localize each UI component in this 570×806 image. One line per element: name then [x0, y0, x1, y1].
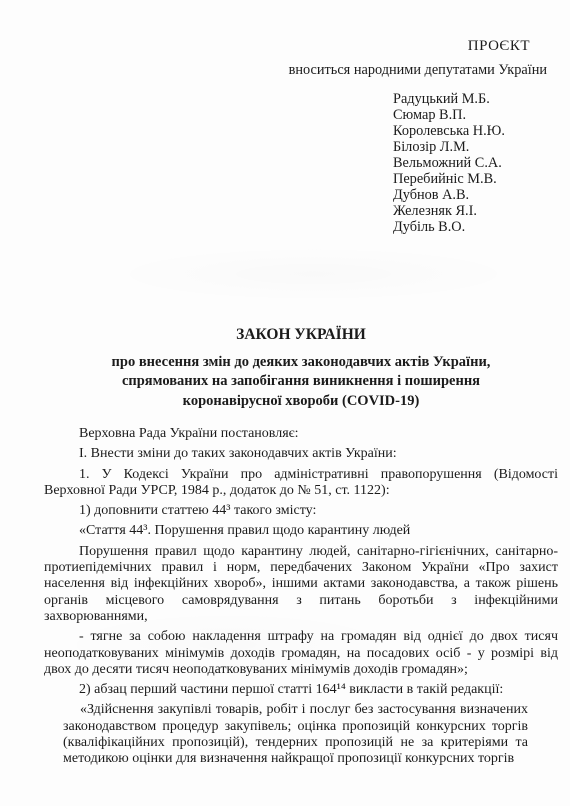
body-paragraph: Порушення правил щодо карантину людей, с… [44, 544, 558, 625]
deputy-name: Дубіль В.О. [393, 219, 505, 235]
draft-label: ПРОЄКТ [468, 38, 530, 55]
body-paragraph: 1. У Кодексі України про адміністративні… [44, 467, 558, 500]
body-paragraph: 2) абзац перший частини першої статті 16… [44, 682, 558, 698]
body-paragraph: - тягне за собою накладення штрафу на гр… [44, 629, 558, 678]
body-paragraph: І. Внести зміни до таких законодавчих ак… [44, 446, 558, 462]
submitted-by-line: вноситься народними депутатами України [289, 62, 547, 79]
law-title: ЗАКОН УКРАЇНИ [44, 326, 558, 344]
deputy-name: Дубнов А.В. [393, 187, 505, 203]
law-subtitle-line: спрямованих на запобігання виникнення і … [44, 372, 558, 391]
deputy-name: Білозір Л.М. [393, 139, 505, 155]
deputy-name: Железняк Я.І. [393, 203, 505, 219]
body-paragraph: 1) доповнити статтею 44³ такого змісту: [44, 503, 558, 519]
body-paragraph: «Здійснення закупівлі товарів, робіт і п… [63, 702, 528, 767]
deputy-name: Сюмар В.П. [393, 107, 505, 123]
body-paragraph: Верховна Рада України постановляє: [44, 426, 558, 442]
deputy-name: Вельможний С.А. [393, 155, 505, 171]
document-body: Верховна Рада України постановляє:І. Вне… [44, 426, 558, 772]
scanned-law-document-page: ПРОЄКТ вноситься народними депутатами Ук… [0, 0, 570, 806]
law-subtitle-line: про внесення змін до деяких законодавчих… [44, 353, 558, 372]
deputy-name: Королевська Н.Ю. [393, 123, 505, 139]
law-subtitle: про внесення змін до деяких законодавчих… [44, 353, 558, 411]
deputy-name: Радуцький М.Б. [393, 91, 505, 107]
law-subtitle-line: коронавірусної хвороби (COVID-19) [44, 392, 558, 411]
body-paragraph: «Стаття 44³. Порушення правил щодо каран… [44, 523, 558, 539]
deputies-list: Радуцький М.Б.Сюмар В.П.Королевська Н.Ю.… [393, 91, 505, 235]
deputy-name: Перебийніс М.В. [393, 171, 505, 187]
